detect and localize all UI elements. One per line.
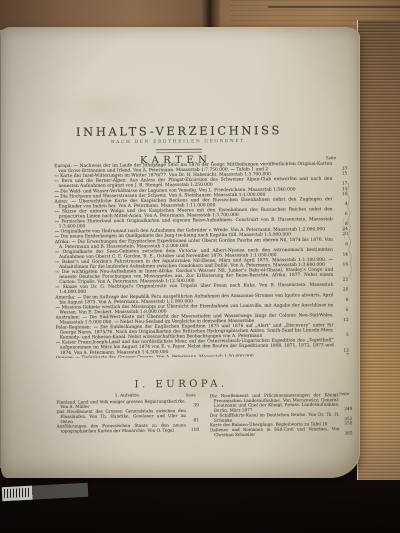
aufsaetze-left-column: 1. Aufsätze. Seite Finnland. Land und Vo… [56, 393, 199, 439]
plank-seam [268, 6, 400, 8]
seite-column-label: Seite [186, 393, 196, 398]
catalog-entry: Ausführungen des Preussischen Staats zu … [56, 423, 199, 434]
barcode-lines [4, 488, 30, 498]
europa-heading: I. EUROPA. [2, 377, 360, 391]
aufsaetze-header: 1. Aufsätze. [115, 393, 141, 398]
aufsaetze-right-column: Seite Die Nivellements und Präcisionsmes… [210, 392, 353, 438]
book-page: INHALTS-VERZEICHNISS NACH DEN ERDTHEILEN… [1, 27, 360, 478]
aufsaetze-right-list: Die Nivellements und Präcisionsmessungen… [210, 393, 353, 438]
aufsaetze-left-list: Finnland. Land und Volk einiger grossen … [56, 399, 199, 434]
pencil-scribble [339, 177, 357, 297]
karten-list-area: Seite Europa: — Nachweis der im Laufe de… [54, 156, 352, 359]
aufsaetze-area: 1. Aufsätze. Seite Finnland. Land und Vo… [56, 392, 353, 475]
book-fore-edge [357, 20, 400, 480]
entry-text: Das Nivellement des Grossen Generalstabs… [56, 408, 186, 424]
entry-text: Ausführungen des Preussischen Staats zu … [56, 423, 186, 434]
entry-page-number: 110 [191, 428, 199, 433]
page-content: INHALTS-VERZEICHNISS NACH DEN ERDTHEILEN… [0, 25, 361, 479]
catalog-entry: Italiener und Romanen in Süd-Tirol und V… [210, 426, 353, 437]
entry-page-number: 365 [344, 431, 352, 436]
book-photo-scene: INHALTS-VERZEICHNISS NACH DEN ERDTHEILEN… [0, 0, 400, 533]
entry-page-number: 7 [346, 353, 349, 358]
entry-text: Oceane: — Tiefenkarte des Grossen Oceans… [56, 354, 254, 358]
ornamental-rule [156, 149, 202, 153]
entry-text: Italiener und Romanen in Süd-Tirol und V… [210, 426, 340, 437]
entry-text: Die Nivellements und Präcisionsmessungen… [210, 392, 340, 413]
catalog-entry: Die Nivellements und Präcisionsmessungen… [210, 393, 353, 414]
karten-list: Europa: — Nachweis der im Laufe der Jahr… [54, 161, 352, 358]
